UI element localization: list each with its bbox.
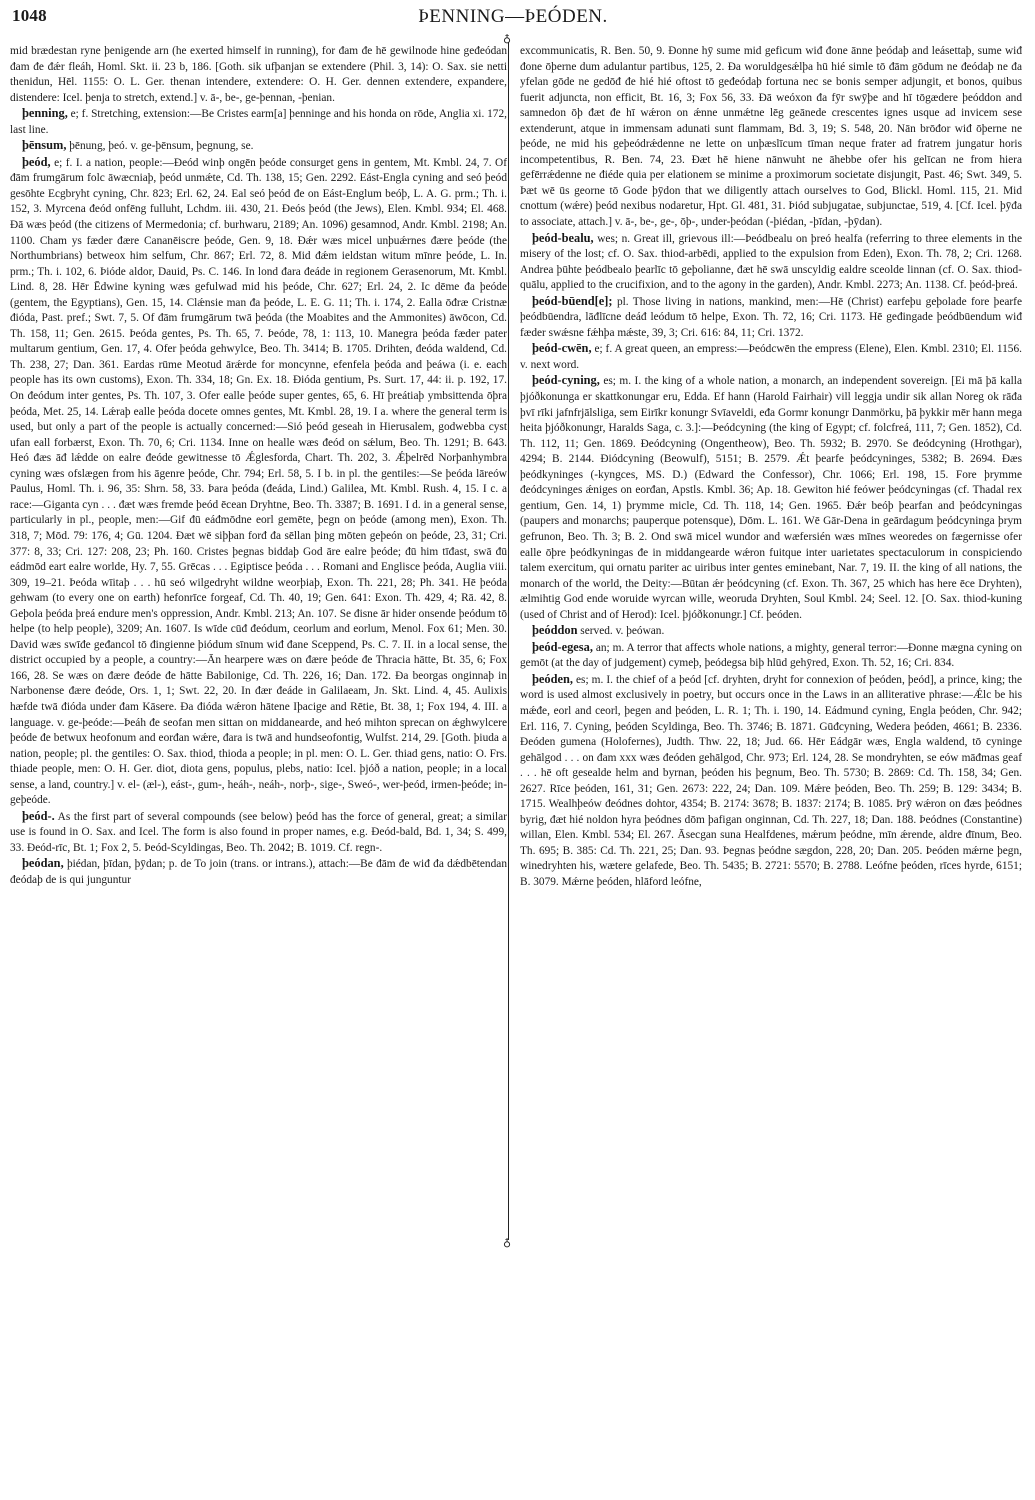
running-head: ÞENNING—ÞEÓDEN. [8,6,1018,28]
entry-body: þēnung, þeó. v. ge-þēnsum, þegnung, se. [66,140,253,152]
dictionary-entry: þeóddon served. v. þeówan. [520,623,1022,640]
headword: þeódan, [22,856,64,870]
headword: þeód-bealu, [532,231,594,245]
entry-body: e; f. A great queen, an empress:—Þeódcwē… [520,343,1022,371]
headword: þeód, [22,155,51,169]
dictionary-entry: þeóden, es; m. I. the chief of a þeód [c… [520,672,1022,891]
column-rule-bottom-ornament-icon: ♁ [503,1238,511,1249]
headword: þeód-cwēn, [532,341,592,355]
continuation-text: mid brædestan ryne þenigende arn (he exe… [10,44,507,106]
entry-body: an; m. A terror that affects whole natio… [520,642,1022,670]
dictionary-entry: þeód-bealu, wes; n. Great ill, grievous … [520,231,1022,294]
headword: þeóden, [532,672,573,686]
entry-body: excommunicatis, R. Ben. 50, 9. Đonne hȳ … [520,45,1022,228]
dictionary-entry: þeód-cyning, es; m. I. the king of a who… [520,373,1022,623]
continuation-text: excommunicatis, R. Ben. 50, 9. Đonne hȳ … [520,44,1022,231]
headword: þeód-būend[e]; [532,294,613,308]
headword: þeóddon [532,623,577,637]
right-column: excommunicatis, R. Ben. 50, 9. Đonne hȳ … [520,44,1022,891]
entry-body: served. v. þeówan. [577,625,664,637]
headword: þeód-cyning, [532,373,600,387]
column-divider [508,42,509,1240]
dictionary-entry: þenning, e; f. Stretching, extension:—Be… [10,106,507,138]
entry-body: e; f. I. a nation, people:—Đeód winþ ong… [10,157,507,806]
dictionary-entry: þēnsum, þēnung, þeó. v. ge-þēnsum, þegnu… [10,138,507,155]
headword: þeód-. [22,809,55,823]
page-header: 1048 ÞENNING—ÞEÓDEN. [8,6,1018,32]
dictionary-entry: þeód-. As the first part of several comp… [10,809,507,857]
headword: þeód-egesa, [532,640,593,654]
entry-body: es; m. I. the king of a whole nation, a … [520,375,1022,620]
entry-body: As the first part of several compounds (… [10,811,507,854]
headword: þenning, [22,106,68,120]
entry-body: e; f. Stretching, extension:—Be Cristes … [10,108,507,136]
dictionary-entry: þeód, e; f. I. a nation, people:—Đeód wi… [10,155,507,809]
dictionary-entry: þeód-egesa, an; m. A terror that affects… [520,640,1022,672]
entry-body: es; m. I. the chief of a þeód [cf. dryht… [520,674,1022,888]
entry-body: mid brædestan ryne þenigende arn (he exe… [10,45,507,104]
dictionary-entry: þeód-būend[e]; pl. Those living in natio… [520,294,1022,342]
entry-body: þiédan, þīdan, þȳdan; p. de To join (tra… [10,858,507,886]
headword: þēnsum, [22,138,66,152]
dictionary-entry: þeódan, þiédan, þīdan, þȳdan; p. de To j… [10,856,507,888]
entry-body: wes; n. Great ill, grievous ill:—Þeódbea… [520,233,1022,292]
dictionary-entry: þeód-cwēn, e; f. A great queen, an empre… [520,341,1022,373]
left-column: mid brædestan ryne þenigende arn (he exe… [10,44,507,889]
